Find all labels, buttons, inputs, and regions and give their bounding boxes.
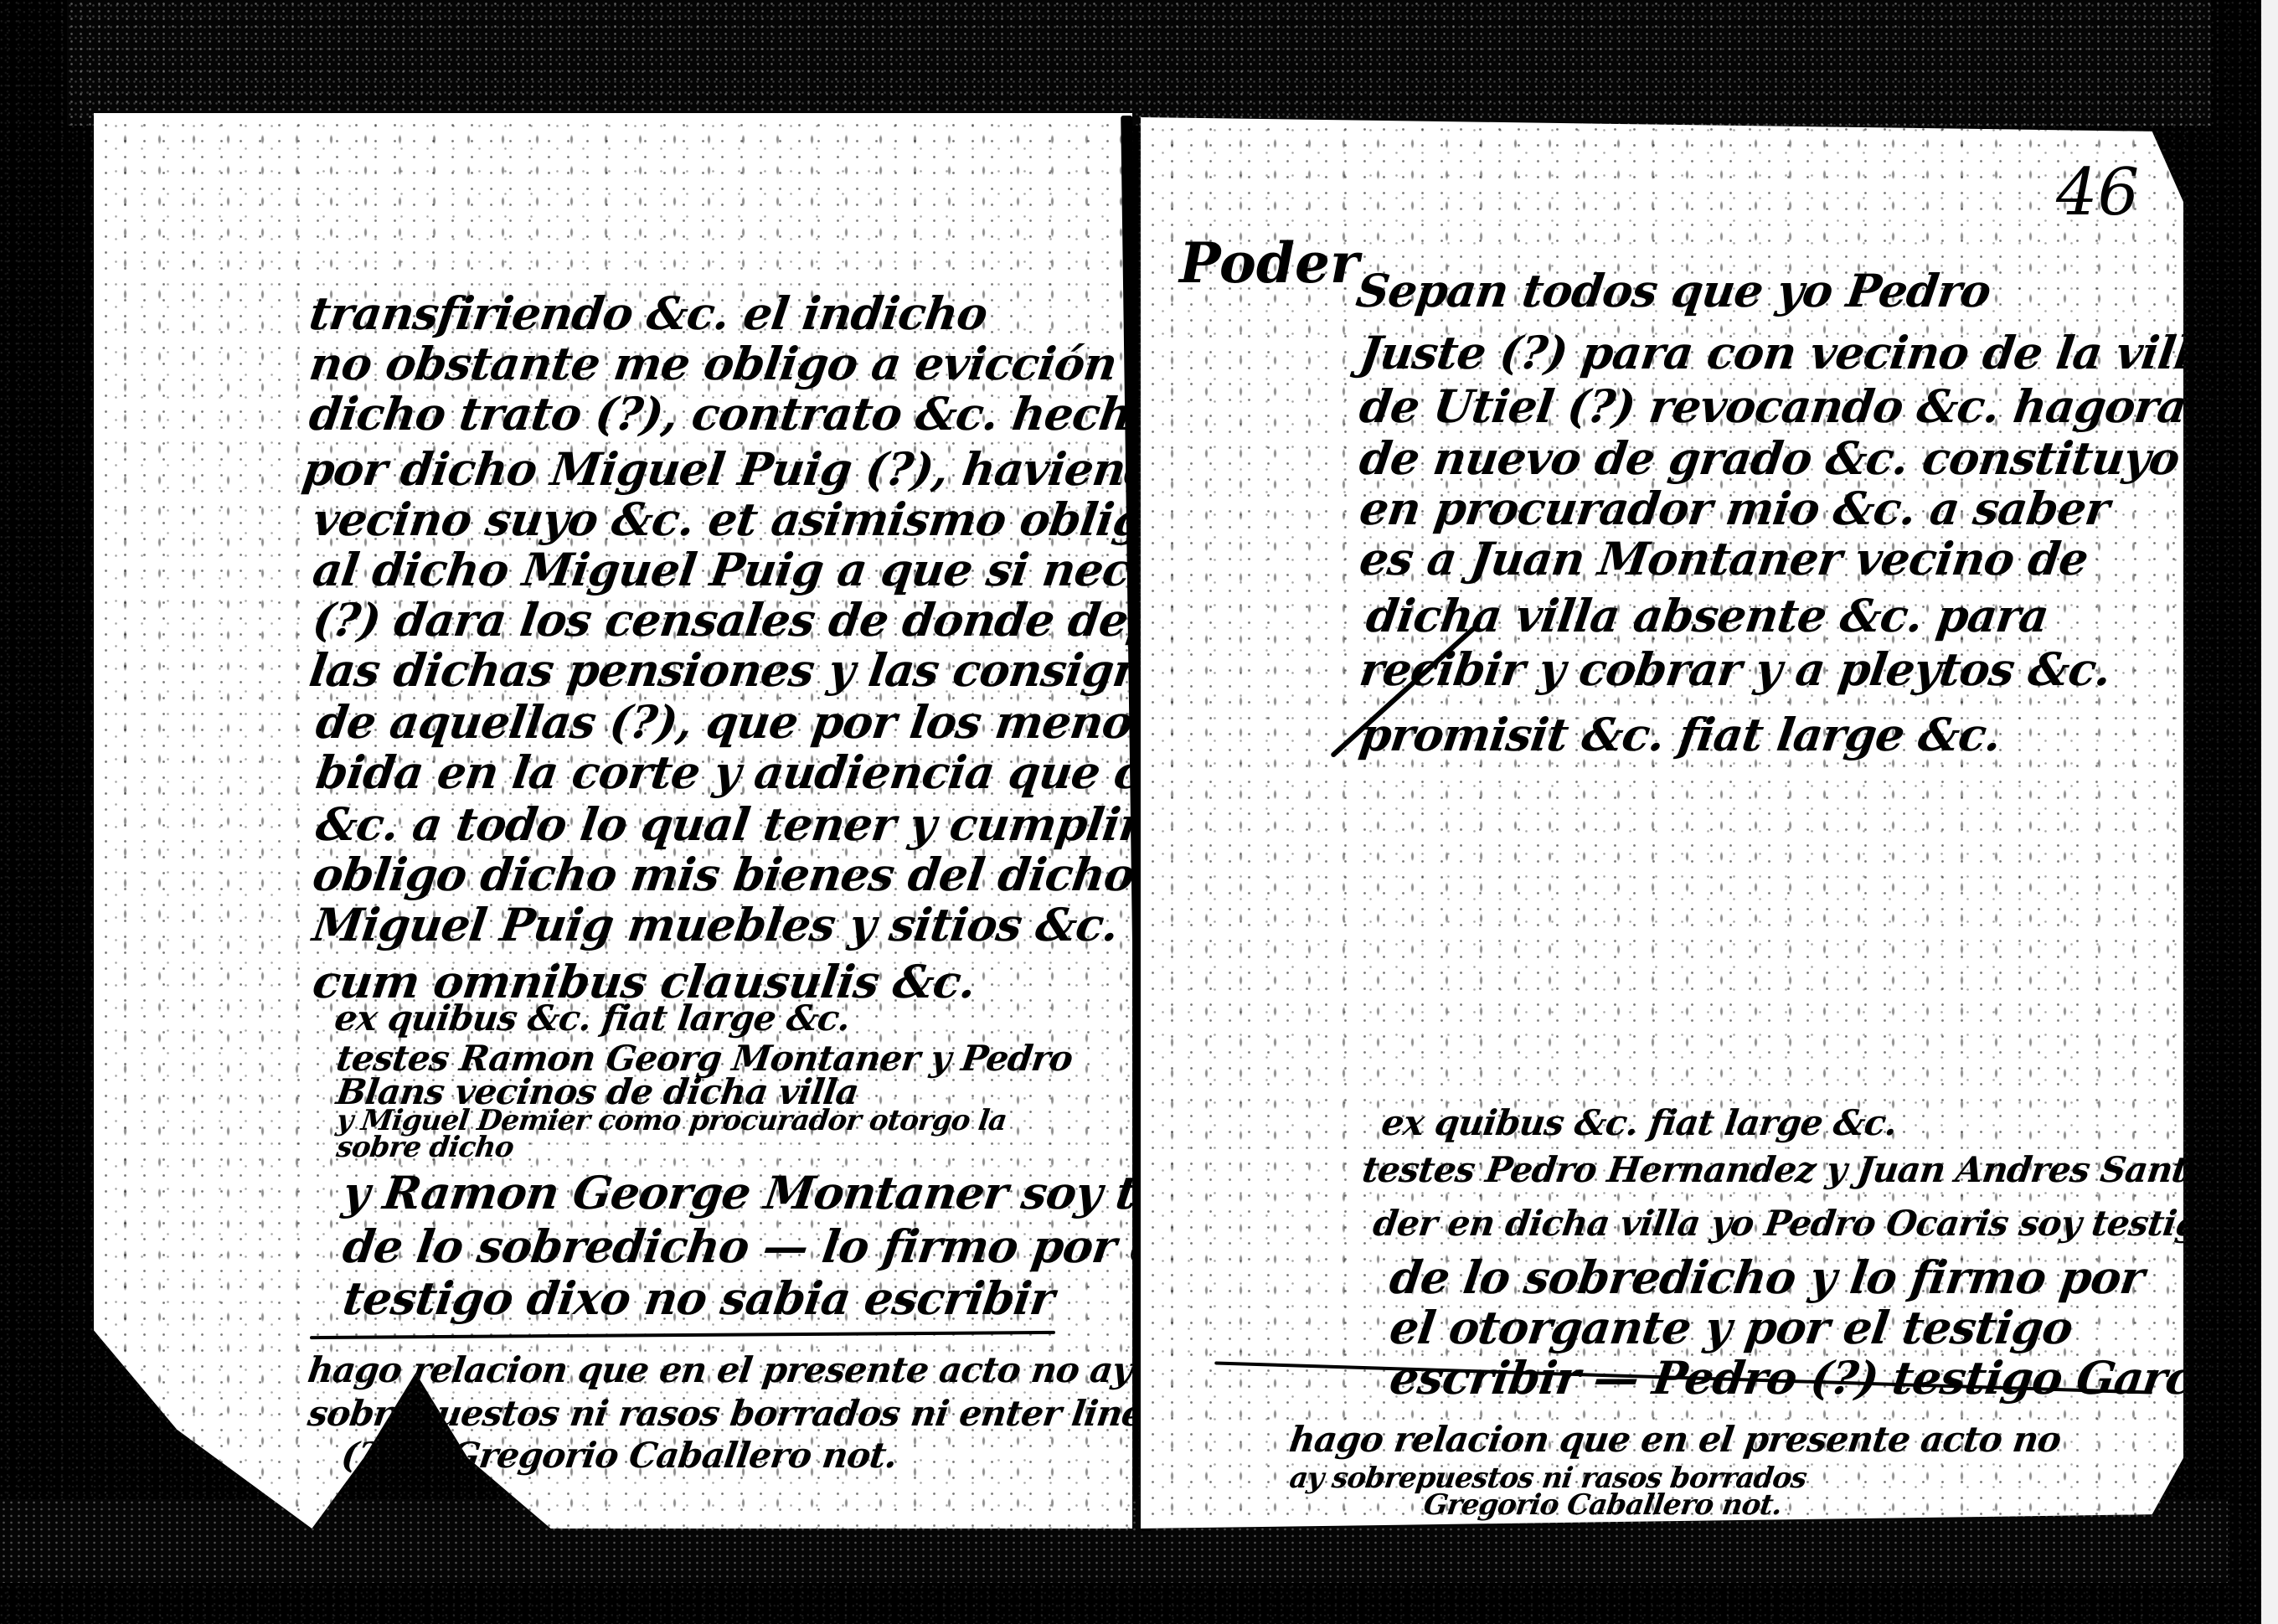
left-body-line: &c. a todo lo qual tener y cumplir — [313, 802, 1132, 847]
right-body-line: promisit &c. fiat large &c. — [1357, 712, 2003, 757]
left-notary-note-line: hago relacion que en el presente acto no… — [306, 1353, 1132, 1388]
right-witness-line: testes Pedro Hernandez y Juan Andres San… — [1360, 1152, 2183, 1188]
margin-heading-poder: Poder — [1179, 230, 1359, 296]
right-body-line: en procurador mio &c. a saber — [1357, 486, 2111, 531]
left-body-line: por dicho Miguel Puig (?), haviendo — [300, 446, 1132, 492]
book-top-edge — [67, 0, 2211, 126]
left-body-line: vecino suyo &c. et asimismo obligo — [310, 497, 1132, 542]
left-witness-line: sobre dicho — [335, 1133, 516, 1162]
scan-right-border — [2261, 0, 2278, 1624]
left-body-line: obligo dicho mis bienes del dicho — [310, 852, 1132, 897]
right-witness-line: escribir — Pedro (?) testigo Garcia — [1387, 1355, 2183, 1400]
left-body-line: (?) dara los censales de donde dependen — [310, 597, 1132, 642]
left-body-line: no obstante me obligo a evicción de — [307, 341, 1132, 386]
right-body-line: recibir y cobrar y a pleytos &c. — [1357, 647, 2113, 692]
right-body-line: Sepan todos que yo Pedro — [1353, 268, 1993, 313]
left-witness-formula: ex quibus &c. fiat large &c. — [332, 1001, 852, 1036]
right-body-line: de nuevo de grado &c. constituyo — [1357, 436, 2182, 481]
left-signature-line: testigo dixo no sabia escribir — [340, 1276, 1056, 1321]
right-body-line: Juste (?) para con vecino de la villa — [1357, 330, 2183, 375]
closing-rule — [310, 1331, 1055, 1339]
left-body-line: dicho trato (?), contrato &c. hecho — [307, 391, 1132, 436]
left-body-line: Miguel Puig muebles y sitios &c. — [310, 902, 1121, 947]
left-body-line: al dicho Miguel Puig a que si necesario … — [310, 547, 1132, 592]
right-witness-formula: ex quibus &c. fiat large &c. — [1379, 1106, 1899, 1141]
right-witness-line: der en dicha villa yo Pedro Ocaris soy t… — [1371, 1206, 2183, 1241]
right-body-line: es a Juan Montaner vecino de — [1357, 536, 2090, 581]
left-signature-line: y Ramon George Montaner soy testigo — [340, 1170, 1132, 1215]
right-body-line: de Utiel (?) revocando &c. hagora — [1357, 384, 2183, 429]
right-witness-line: de lo sobredicho y lo firmo por — [1387, 1255, 2147, 1300]
right-notary-note-line: hago relacion que en el presente acto no — [1287, 1422, 2063, 1457]
right-notary-note-line: Gregorio Caballero not. — [1422, 1491, 1784, 1519]
right-page: 46 Poder Sepan todos que yo Pedro Juste … — [1141, 117, 2183, 1529]
folio-number: 46 — [2056, 155, 2139, 230]
left-body-line: bida en la corte y audiencia que convini… — [313, 750, 1132, 795]
left-body-line: transfiriendo &c. el indicho — [307, 291, 990, 336]
left-page: transfiriendo &c. el indicho no obstante… — [94, 113, 1132, 1529]
left-body-line: las dichas pensiones y las consignacione… — [307, 647, 1132, 693]
left-body-line: de aquellas (?), que por los menores exi… — [313, 699, 1132, 745]
left-signature-line: de lo sobredicho — lo firmo por el otro — [340, 1224, 1132, 1269]
right-witness-line: el otorgante y por el testigo — [1387, 1305, 2075, 1350]
